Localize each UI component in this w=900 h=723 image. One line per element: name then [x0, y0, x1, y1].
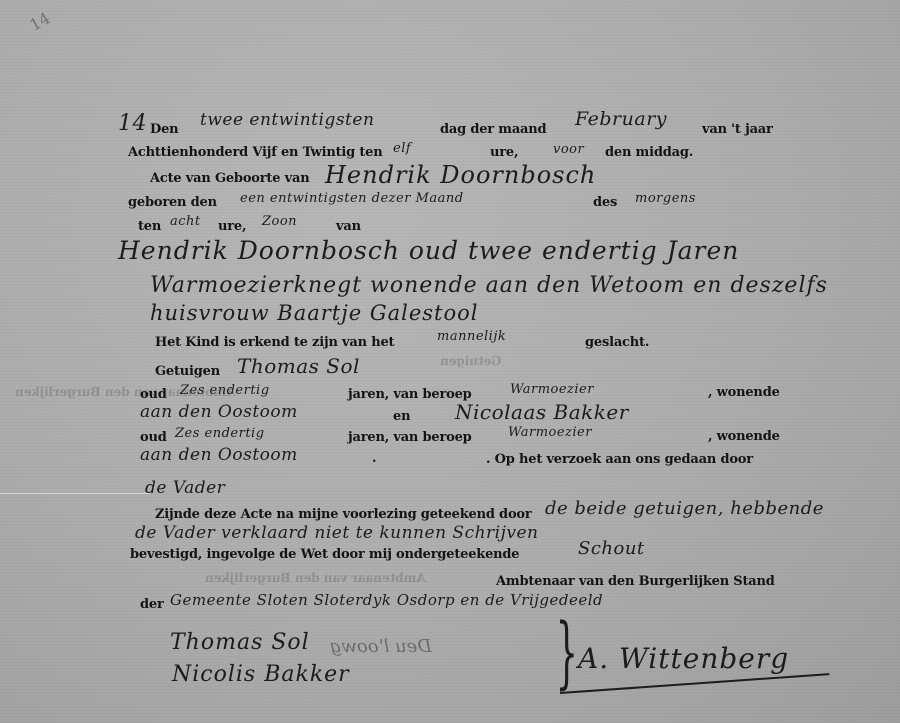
field-hour: elf — [393, 142, 411, 155]
bleed-through-signature: Deu l'oowg — [330, 638, 432, 656]
field-father-occupation: Warmoezierknegt wonende aan den Wetoom e… — [150, 275, 828, 297]
label-year-text: Achttienhonderd Vijf en Twintig ten — [128, 146, 383, 159]
field-witness2-residence: aan den Oostoom — [140, 447, 298, 464]
label-wonende-1: , wonende — [708, 386, 780, 399]
field-father: Hendrik Doornbosch oud twee endertig Jar… — [118, 238, 739, 263]
label-den-middag: den middag. — [605, 146, 693, 159]
entry-number: 14 — [118, 113, 147, 135]
field-witness1-name: Thomas Sol — [237, 356, 360, 376]
field-witness1-age: Zes endertig — [180, 384, 270, 397]
label-bevestigd: bevestigd, ingevolge de Wet door mij ond… — [130, 548, 519, 561]
document-page: 14 Ambtenaar van den Burgerlijken Getuig… — [0, 0, 900, 723]
field-sex: mannelijk — [437, 330, 506, 343]
field-municipality: Gemeente Sloten Sloterdyk Osdorp en de V… — [170, 593, 603, 608]
field-time-of-day: morgens — [635, 192, 696, 205]
residence-period: . — [372, 452, 376, 465]
label-den: Den — [150, 123, 178, 136]
field-month: February — [575, 110, 667, 129]
label-der: der — [140, 598, 164, 611]
field-witness1-occupation: Warmoezier — [510, 383, 594, 396]
label-ten: ten — [138, 220, 161, 233]
field-witness2-age: Zes endertig — [175, 427, 265, 440]
field-witness2-occupation: Warmoezier — [508, 426, 592, 439]
label-op-het-verzoek: . Op het verzoek aan ons gedaan door — [486, 453, 753, 466]
field-mother: huisvrouw Baartje Galestool — [150, 303, 479, 324]
label-des: des — [593, 196, 617, 209]
label-van-t-jaar: van 't jaar — [702, 123, 773, 136]
label-en: en — [393, 410, 410, 423]
label-getuigen: Getuigen — [155, 365, 220, 378]
bleed-through-getuigen: Getuigen — [440, 355, 501, 367]
label-geslacht: geslacht. — [585, 336, 649, 349]
field-signed-by: de beide getuigen, hebbende — [545, 500, 824, 518]
label-ure-2: ure, — [218, 220, 246, 233]
label-jaren-beroep-1: jaren, van beroep — [348, 388, 472, 401]
bleed-through-ambtenaar: Ambtenaar van den Burgerlijken — [205, 572, 426, 584]
field-before-after: voor — [553, 143, 584, 156]
label-jaren-beroep-2: jaren, van beroep — [348, 431, 472, 444]
field-relation: Zoon — [262, 215, 297, 228]
label-zijnde-deze-acte: Zijnde deze Acte na mijne voorlezing get… — [155, 508, 532, 521]
label-het-kind: Het Kind is erkend te zijn van het — [155, 336, 394, 349]
label-oud-1: oud — [140, 388, 167, 401]
signature-witness2: Nicolis Bakker — [172, 664, 350, 686]
signature-witness1: Thomas Sol — [170, 632, 310, 654]
label-ure: ure, — [490, 146, 518, 159]
label-wonende-2: , wonende — [708, 430, 780, 443]
field-witness2-name: Nicolaas Bakker — [455, 402, 629, 422]
label-ambtenaar: Ambtenaar van den Burgerlijken Stand — [496, 575, 775, 588]
label-oud-2: oud — [140, 431, 167, 444]
field-day: twee entwintigsten — [200, 112, 374, 129]
field-child-name: Hendrik Doornbosch — [325, 163, 596, 187]
label-van: van — [336, 220, 361, 233]
signature-flourish — [560, 673, 829, 694]
label-acte-van-geboorte: Acte van Geboorte van — [150, 172, 309, 185]
field-requester: de Vader — [145, 480, 225, 497]
field-witness1-residence: aan den Oostoom — [140, 404, 298, 421]
field-birth-hour: acht — [170, 215, 201, 228]
corner-mark: 14 — [27, 10, 53, 34]
signature-brace: } — [556, 614, 578, 692]
label-geboren-den: geboren den — [128, 196, 217, 209]
signature-official: A. Wittenberg — [578, 645, 789, 673]
field-declaration: de Vader verklaard niet te kunnen Schrij… — [135, 525, 539, 542]
field-birth-date: een entwintigsten dezer Maand — [240, 192, 464, 205]
field-official-role: Schout — [578, 540, 645, 558]
label-dag-der-maand: dag der maand — [440, 123, 546, 136]
paper-crease — [0, 493, 150, 494]
